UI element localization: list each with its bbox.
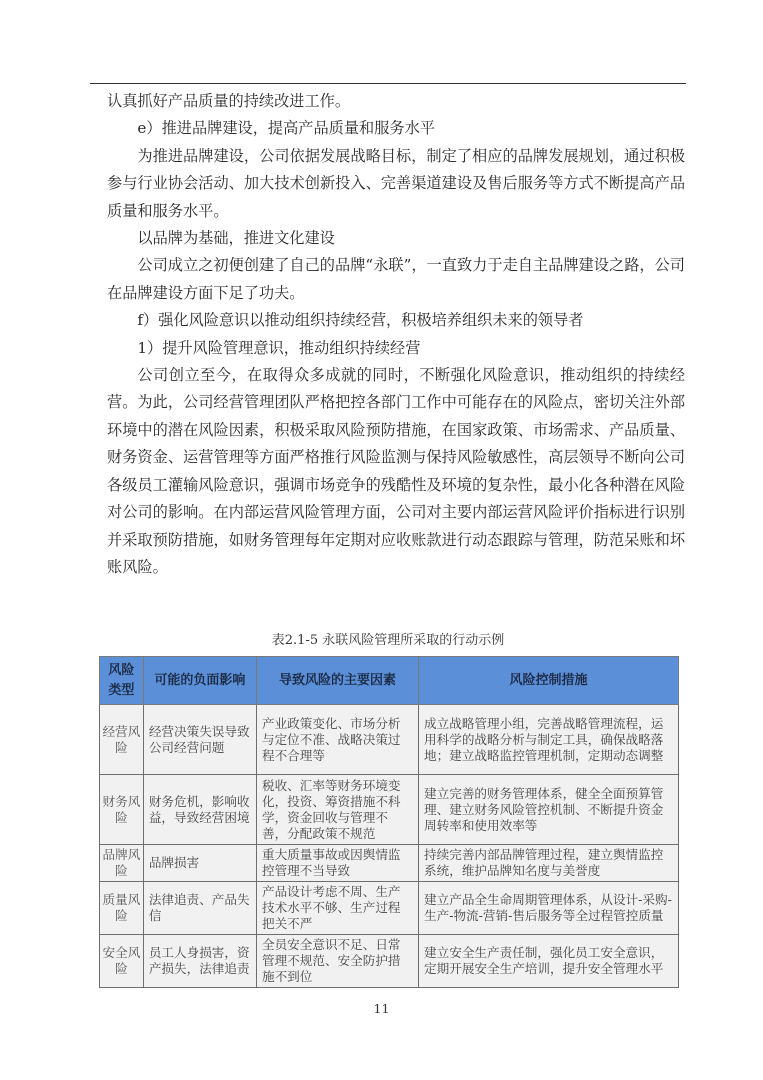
- paragraph: 认真抓好产品质量的持续改进工作。: [107, 88, 685, 115]
- cell-measures: 成立战略管理小组，完善战略管理流程，运用科学的战略分析与制定工具，确保战略落地；…: [419, 705, 679, 775]
- cell-measures: 建立安全生产责任制，强化员工安全意识，定期开展安全生产培训，提升安全管理水平: [419, 935, 679, 988]
- cell-impact: 品牌损害: [143, 845, 256, 882]
- table-row: 财务风险 财务危机，影响收益，导致经营困境 税收、汇率等财务环境变化，投资、筹资…: [100, 775, 679, 845]
- cell-factors: 产业政策变化、市场分析与定位不准、战略决策过程不合理等: [256, 705, 418, 775]
- header-risk-type: 风险类型: [100, 657, 144, 705]
- paragraph-subheading: 以品牌为基础，推进文化建设: [107, 225, 685, 252]
- page-number: 11: [0, 1001, 763, 1016]
- table-caption: 表2.1-5 永联风险管理所采取的行动示例: [90, 629, 686, 648]
- header-main-factors: 导致风险的主要因素: [256, 657, 418, 705]
- paragraph: 公司成立之初便创建了自己的品牌“永联”，一直致力于走自主品牌建设之路，公司在品牌…: [107, 252, 685, 307]
- table-row: 经营风险 经营决策失误导致公司经营问题 产业政策变化、市场分析与定位不准、战略决…: [100, 705, 679, 775]
- cell-factors: 重大质量事故或因舆情监控管理不当导致: [256, 845, 418, 882]
- table-header-row: 风险类型 可能的负面影响 导致风险的主要因素 风险控制措施: [100, 657, 679, 705]
- risk-management-table: 风险类型 可能的负面影响 导致风险的主要因素 风险控制措施 经营风险 经营决策失…: [99, 656, 679, 988]
- header-rule: [90, 83, 686, 84]
- paragraph-heading-e: e）推进品牌建设，提高产品质量和服务水平: [107, 115, 685, 142]
- cell-risk-type: 质量风险: [100, 882, 144, 935]
- cell-impact: 经营决策失误导致公司经营问题: [143, 705, 256, 775]
- cell-factors: 产品设计考虑不周、生产技术水平不够、生产过程把关不严: [256, 882, 418, 935]
- cell-factors: 全员安全意识不足、日常管理不规范、安全防护措施不到位: [256, 935, 418, 988]
- cell-impact: 财务危机，影响收益，导致经营困境: [143, 775, 256, 845]
- cell-risk-type: 财务风险: [100, 775, 144, 845]
- cell-risk-type: 安全风险: [100, 935, 144, 988]
- cell-measures: 持续完善内部品牌管理过程，建立舆情监控系统，维护品牌知名度与美誉度: [419, 845, 679, 882]
- cell-risk-type: 品牌风险: [100, 845, 144, 882]
- paragraph-heading-f: f）强化风险意识以推动组织持续经营，积极培养组织未来的领导者: [107, 307, 685, 334]
- table-row: 质量风险 法律追责、产品失信 产品设计考虑不周、生产技术水平不够、生产过程把关不…: [100, 882, 679, 935]
- table-row: 安全风险 员工人身损害，资产损失，法律追责 全员安全意识不足、日常管理不规范、安…: [100, 935, 679, 988]
- cell-risk-type: 经营风险: [100, 705, 144, 775]
- cell-measures: 建立完善的财务管理体系，健全全面预算管理、建立财务风险管控机制、不断提升资金周转…: [419, 775, 679, 845]
- paragraph-heading-1: 1）提升风险管理意识，推动组织持续经营: [107, 335, 685, 362]
- body-text: 认真抓好产品质量的持续改进工作。 e）推进品牌建设，提高产品质量和服务水平 为推…: [107, 88, 685, 581]
- paragraph: 为推进品牌建设，公司依据发展战略目标，制定了相应的品牌发展规划，通过积极参与行业…: [107, 143, 685, 225]
- cell-impact: 法律追责、产品失信: [143, 882, 256, 935]
- cell-impact: 员工人身损害，资产损失，法律追责: [143, 935, 256, 988]
- header-control-measures: 风险控制措施: [419, 657, 679, 705]
- cell-measures: 建立产品全生命周期管理体系，从设计-采购-生产-物流-营销-售后服务等全过程管控…: [419, 882, 679, 935]
- table-row: 品牌风险 品牌损害 重大质量事故或因舆情监控管理不当导致 持续完善内部品牌管理过…: [100, 845, 679, 882]
- paragraph: 公司创立至今，在取得众多成就的同时，不断强化风险意识，推动组织的持续经营。为此，…: [107, 362, 685, 581]
- header-negative-impact: 可能的负面影响: [143, 657, 256, 705]
- cell-factors: 税收、汇率等财务环境变化，投资、筹资措施不科学，资金回收与管理不善，分配政策不规…: [256, 775, 418, 845]
